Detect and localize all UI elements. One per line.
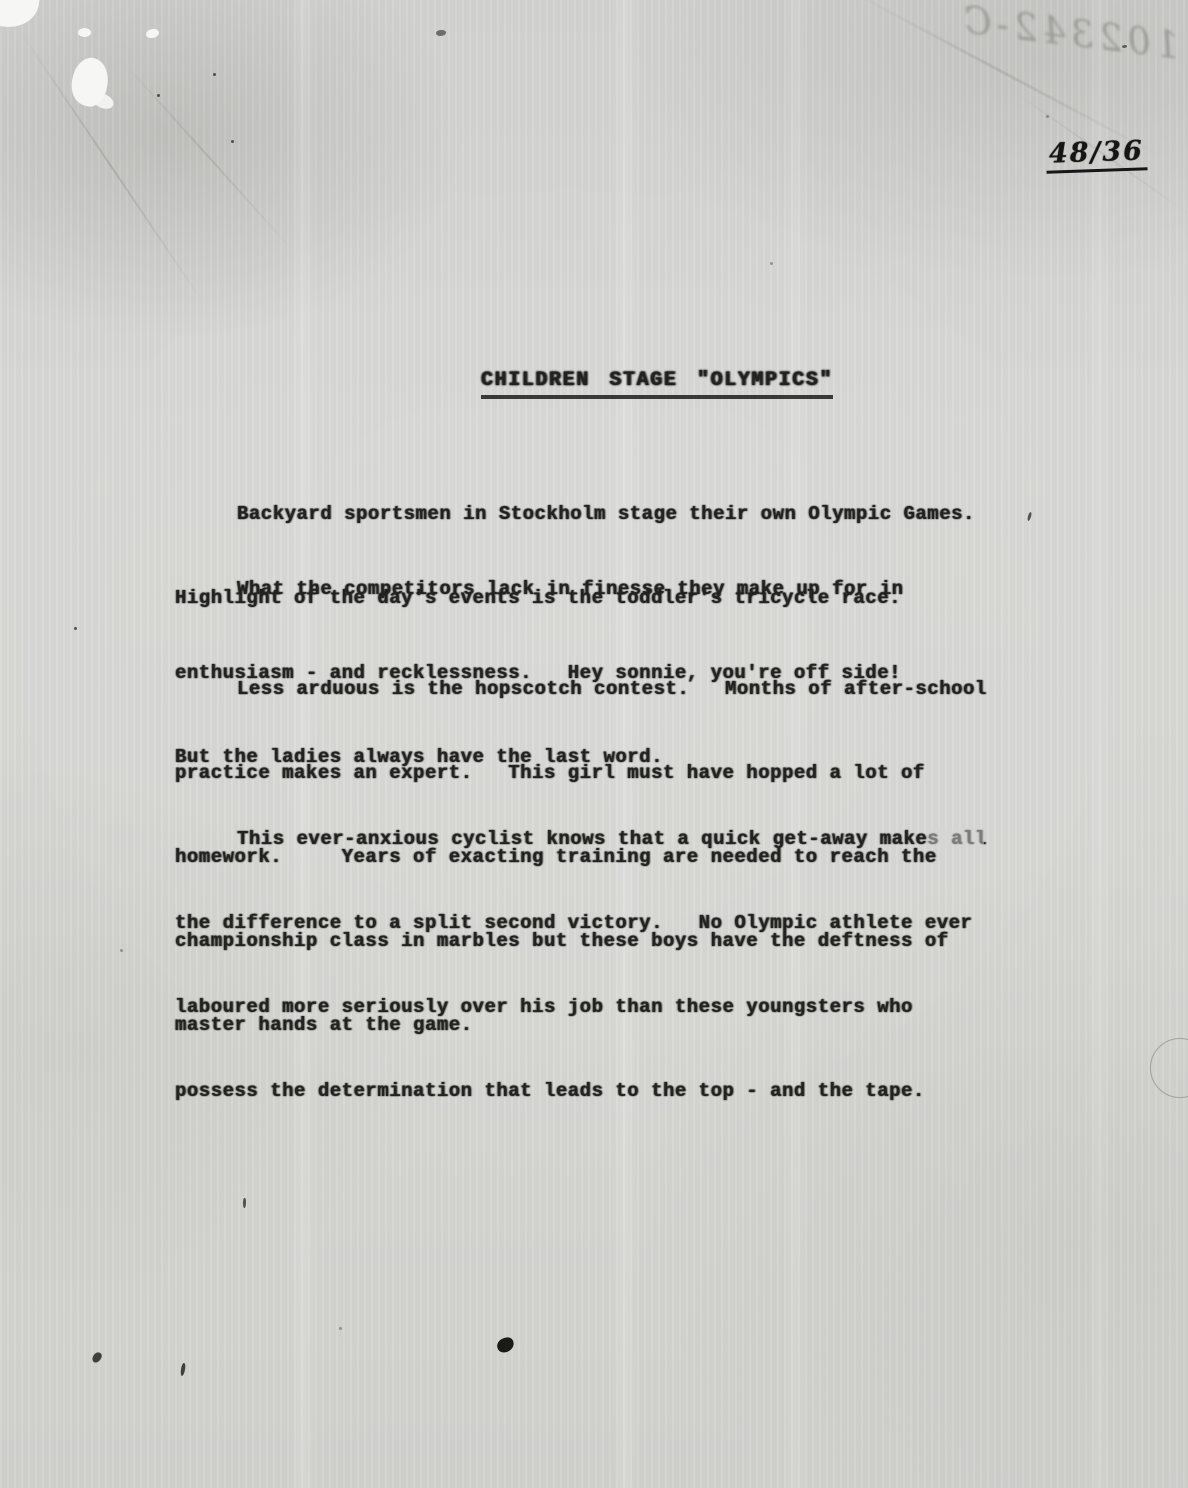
crease-line: [18, 29, 204, 304]
speck: [157, 94, 160, 97]
torn-patch: [90, 90, 116, 112]
scan-streak: [1086, 0, 1112, 1488]
ink-mark: [91, 1351, 103, 1365]
speck: [231, 140, 234, 143]
text-line: the difference to a split second victory…: [175, 909, 1055, 937]
smudge-mark: [436, 30, 446, 36]
ring-mark: [1150, 1038, 1188, 1098]
scanned-document-page: 102342-C 48/36 CHILDREN STAGE "OLYMPICS"…: [0, 0, 1188, 1488]
ink-blot: [495, 1336, 516, 1355]
paragraph-4: This ever-anxious cyclist knows that a q…: [175, 769, 1055, 1161]
speck: [1046, 115, 1049, 118]
torn-patch: [78, 28, 91, 37]
speck: [74, 627, 77, 630]
ref-number: 48/36: [1045, 135, 1147, 174]
ink-mark: [180, 1363, 186, 1376]
document-title: CHILDREN STAGE "OLYMPICS": [481, 369, 833, 399]
torn-patch: [145, 28, 160, 40]
text-line: What the competitors lack in finesse the…: [175, 575, 1055, 603]
crease-line: [120, 59, 295, 254]
text-line: This ever-anxious cyclist knows that a q…: [175, 825, 1055, 853]
text-line: Less arduous is the hopscotch contest. M…: [175, 675, 1055, 703]
text-line: possess the determination that leads to …: [175, 1077, 1055, 1105]
speck: [339, 1327, 342, 1330]
text-line: laboured more seriously over his job tha…: [175, 993, 1055, 1021]
bleedthrough-handwriting: 102342-C: [903, 0, 1181, 68]
speck: [770, 262, 773, 265]
speck: [120, 949, 123, 952]
stray-mark: [243, 1198, 246, 1208]
faded-ink-patch: [928, 828, 984, 848]
torn-corner: [0, 0, 40, 31]
speck: [213, 73, 216, 76]
